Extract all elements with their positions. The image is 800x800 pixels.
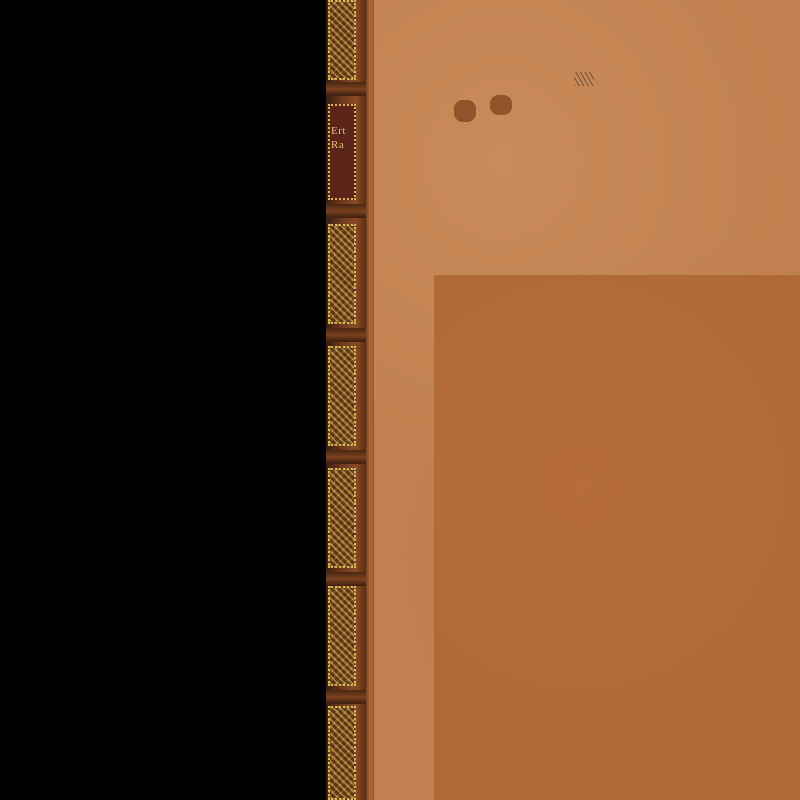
spine-title-label: Ert Ra xyxy=(328,104,356,200)
spine-label-line-2: Ra xyxy=(330,138,354,152)
spine-raised-band xyxy=(326,82,366,96)
spine-raised-band xyxy=(326,572,366,586)
cover-inset-panel xyxy=(434,275,800,800)
spine-raised-band xyxy=(326,328,366,342)
book-spine: Ert Ra xyxy=(326,0,366,800)
spine-gilt-panel xyxy=(328,224,356,324)
spine-raised-band xyxy=(326,204,366,218)
spine-joint xyxy=(366,0,374,800)
black-background xyxy=(0,0,326,800)
spine-gilt-panel xyxy=(328,586,356,686)
spine-gilt-panel xyxy=(328,468,356,568)
spine-label-line-1: Ert xyxy=(330,124,354,138)
leather-stain xyxy=(454,100,476,122)
spine-raised-band xyxy=(326,450,366,464)
spine-gilt-panel xyxy=(328,706,356,800)
spine-gilt-panel xyxy=(328,346,356,446)
leather-scratch xyxy=(574,72,594,86)
leather-stain xyxy=(490,95,512,115)
spine-raised-band xyxy=(326,690,366,704)
spine-gilt-panel xyxy=(328,0,356,80)
leather-cover xyxy=(374,0,800,800)
